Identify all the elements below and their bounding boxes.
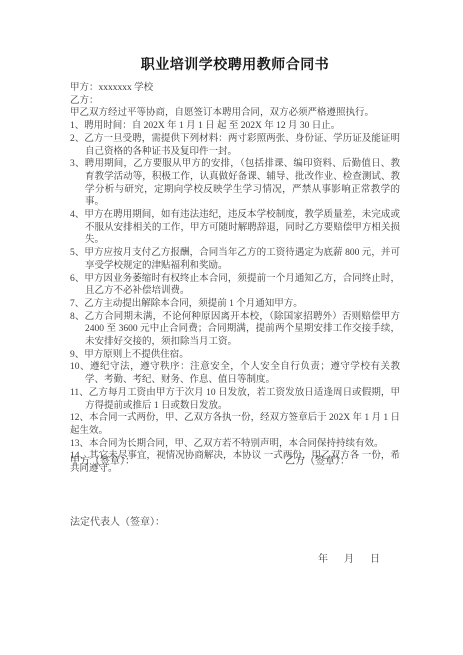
date-month-label: 月	[344, 553, 354, 566]
clause-1: 1、聘用时间：自 202X 年 1 月 1 日 起 至 202X 年 12 月 …	[70, 120, 400, 133]
clause-5: 5、甲方应按月支付乙方报酬，合同当年乙方的工资待遇定为底薪 800 元，并可享受…	[70, 247, 400, 272]
party-b-signature-label: 乙方（签章）：	[285, 455, 350, 468]
clause-7: 7、乙方主动提出解除本合同，须提前 1 个月通知甲方。	[70, 298, 400, 311]
clause-8: 8、乙方合同期未满，不论何种原因离开本校，（除国家招聘外）否则赔偿甲方 2400…	[70, 311, 400, 349]
contract-document-page: 职业培训学校聘用教师合同书 甲方：xxxxxxx 学校 乙方： 甲乙双方经过平等…	[0, 0, 463, 655]
date-day-label: 日	[370, 553, 380, 566]
clause-4: 4、甲方在聘用期间，如有违法违纪，违反本学校制度，教学质量差，未完成或不服从安排…	[70, 209, 400, 247]
clause-11: 11、乙方每月工资由甲方于次月 10 日发放，若工资发放日适逢周日或假期，甲方得…	[70, 387, 400, 412]
contract-body: 职业培训学校聘用教师合同书 甲方：xxxxxxx 学校 乙方： 甲乙双方经过平等…	[70, 56, 400, 476]
preamble-line: 甲乙双方经过平等协商，自愿签订本聘用合同，双方必须严格遵照执行。	[70, 107, 400, 120]
party-a-line: 甲方：xxxxxxx 学校	[70, 82, 400, 95]
party-b-line: 乙方：	[70, 95, 400, 108]
clause-2: 2、乙方一旦受聘，需提供下列材料：两寸彩照两张、身份证、学历证及能证明自己资格的…	[70, 133, 400, 158]
date-row: 年 月 日	[318, 553, 380, 566]
clause-10: 10、遵纪守法，遵守秩序：注意安全，个人安全自行负责；遵守学校有关教学、考勤、考…	[70, 361, 400, 386]
document-title: 职业培训学校聘用教师合同书	[70, 56, 400, 76]
party-a-signature-label: 甲方（签章）：	[70, 456, 135, 467]
signature-row: 甲方（签章）： 乙方（签章）：	[70, 455, 400, 468]
clause-6: 6、甲方因业务萎缩时有权终止本合同，须提前一个月通知乙方，合同终止时，且乙方不必…	[70, 273, 400, 298]
clause-3: 3、聘用期间，乙方要服从甲方的安排，（包括排课、编印资料、后勤值日、教育教学活动…	[70, 158, 400, 209]
clause-9: 9、甲方原则上不提供住宿。	[70, 349, 400, 362]
legal-representative-signature-label: 法定代表人（签章）：	[70, 517, 165, 528]
date-year-label: 年	[318, 553, 328, 566]
clause-12: 12、本合同一式两份，甲、乙双方各执一份，经双方签章后于 202X 年 1 月 …	[70, 412, 400, 437]
clause-13: 13、本合同为长期合同，甲、乙双方若不特别声明，本合同保持持续有效。	[70, 438, 400, 451]
legal-representative-row: 法定代表人（签章）：	[70, 516, 165, 529]
